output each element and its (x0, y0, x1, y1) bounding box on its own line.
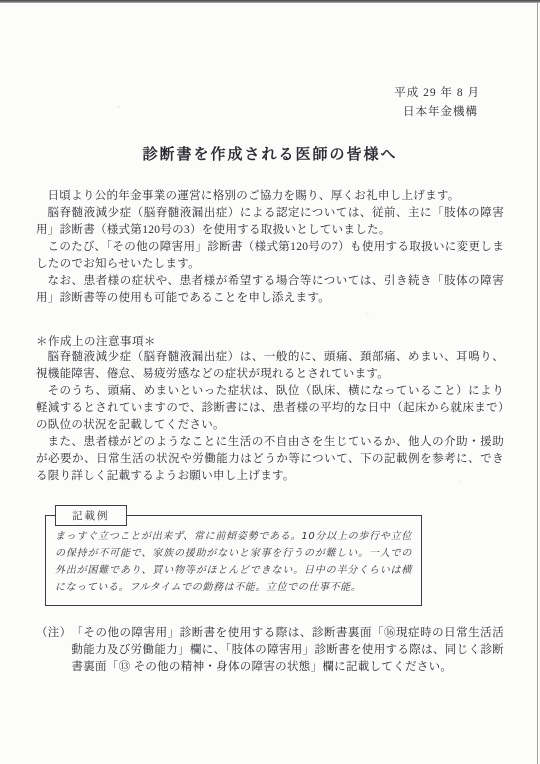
date-line: 平成 29 年 8 月 (36, 84, 480, 103)
intro-section: 日頃より公的年金事業の運営に格別のご協力を賜り、厚くお礼申し上げます。 脳脊髄液… (36, 188, 504, 307)
intro-paragraph: このたび、「その他の障害用」診断書（様式第120号の7）も使用する取扱いに変更し… (36, 239, 504, 273)
example-box-label: 記載例 (55, 505, 127, 526)
notes-paragraph: そのうち、頭痛、めまいといった症状は、臥位（臥床、横になっていること）により軽減… (36, 383, 504, 434)
intro-paragraph: 脳脊髄液減少症（脳脊髄液漏出症）による認定については、従前、主に「肢体の障害用」… (36, 205, 504, 239)
document-header: 平成 29 年 8 月 日本年金機構 (36, 84, 504, 122)
footnote: （注） 「その他の障害用」診断書を使用する際は、診断書裏面「⑯現症時の日常生活活… (36, 625, 504, 676)
notes-paragraph: また、患者様がどのようなことに生活の不自由さを生じているか、他人の介助・援助が必… (36, 434, 504, 485)
footnote-marker: （注） (36, 625, 71, 676)
document-content: 平成 29 年 8 月 日本年金機構 診断書を作成される医師の皆様へ 日頃より公… (0, 0, 540, 676)
handwritten-example-text: まっすぐ立つことが出来ず、常に前傾姿勢である。10分以上の歩行や立位の保持が不可… (55, 528, 412, 596)
notes-section-heading: ＊作成上の注意事項＊ (36, 333, 504, 349)
document-title: 診断書を作成される医師の皆様へ (36, 143, 504, 164)
scanned-document-page: 平成 29 年 8 月 日本年金機構 診断書を作成される医師の皆様へ 日頃より公… (0, 0, 540, 764)
intro-paragraph: なお、患者様の症状や、患者様が希望する場合等については、引き続き「肢体の障害用」… (36, 273, 504, 307)
organization-name: 日本年金機構 (36, 103, 480, 122)
notes-paragraph: 脳脊髄液減少症（脳脊髄液漏出症）は、一般的に、頭痛、頚部痛、めまい、耳鳴り、視機… (36, 349, 504, 383)
example-entry-box: 記載例 まっすぐ立つことが出来ず、常に前傾姿勢である。10分以上の歩行や立位の保… (45, 515, 422, 606)
footnote-text: 「その他の障害用」診断書を使用する際は、診断書裏面「⑯現症時の日常生活活動能力及… (71, 625, 504, 676)
notes-section: 脳脊髄液減少症（脳脊髄液漏出症）は、一般的に、頭痛、頚部痛、めまい、耳鳴り、視機… (36, 349, 504, 485)
intro-paragraph: 日頃より公的年金事業の運営に格別のご協力を賜り、厚くお礼申し上げます。 (36, 188, 504, 205)
